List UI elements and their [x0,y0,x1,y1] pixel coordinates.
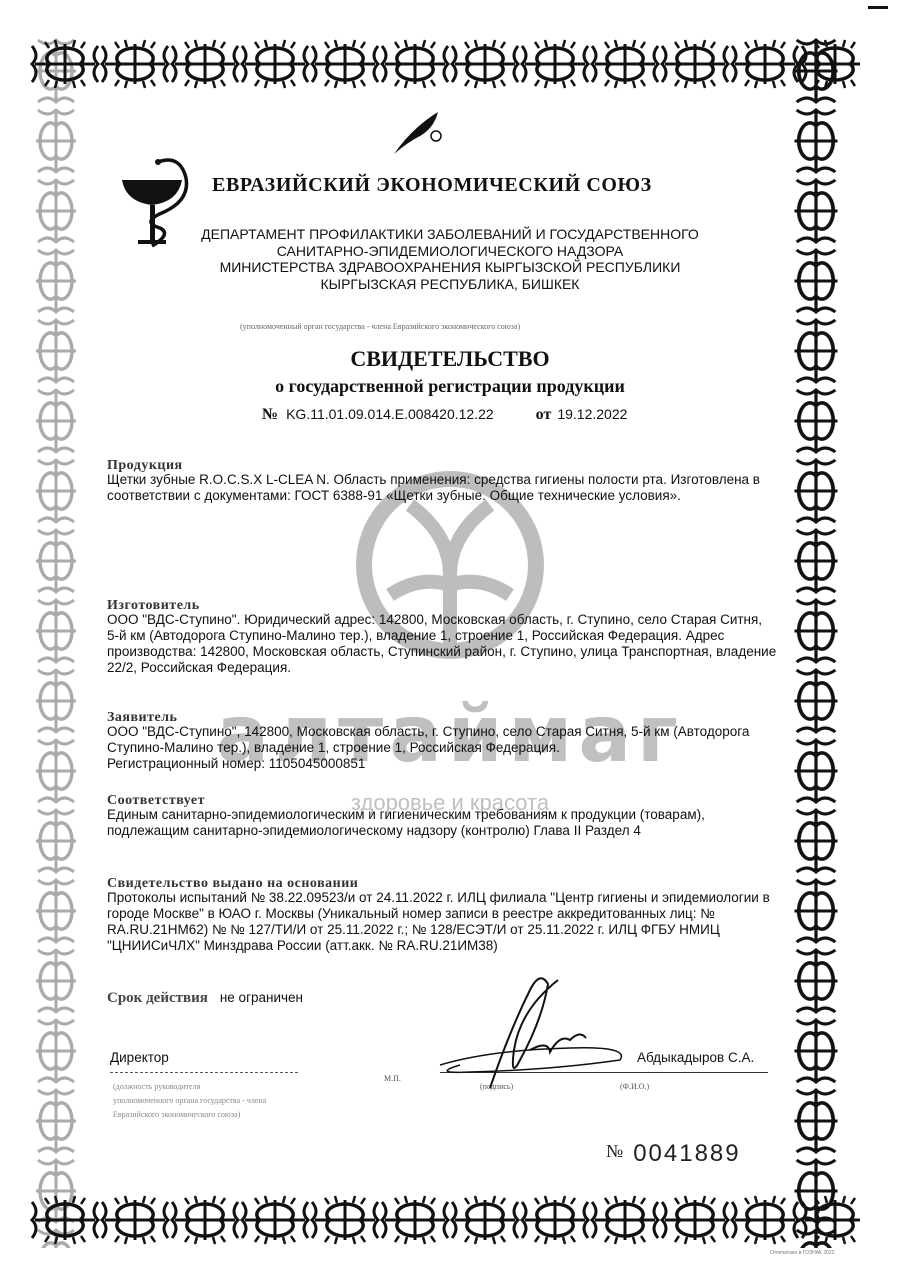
section-product: Продукция Щетки зубные R.O.C.S.X L-CLEA … [107,460,777,504]
stamp-label: М.П. [384,1074,401,1083]
date-label: от [536,406,552,423]
department-line: КЫРГЫЗСКАЯ РЕСПУБЛИКА, БИШКЕК [150,276,750,293]
ornamental-border-left [30,36,82,1248]
section-heading: Заявитель [107,712,777,724]
department-line: ДЕПАРТАМЕНТ ПРОФИЛАКТИКИ ЗАБОЛЕВАНИЙ И Г… [150,226,750,243]
registration-line: №KG.11.01.09.014.E.008420.12.22от19.12.2… [262,406,627,424]
validity-heading: Срок действия [107,990,208,1006]
serial-number: №0041889 [606,1140,741,1168]
section-basis: Свидетельство выдано на основании Проток… [107,878,777,954]
section-text: Щетки зубные R.O.C.S.X L-CLEA N. Область… [107,472,777,504]
section-text: Единым санитарно-эпидемиологическим и ги… [107,807,777,839]
bird-emblem-icon [390,108,450,158]
ornamental-border-right [788,36,844,1248]
footer-print: Отпечатано в ГОЗНАК 2022 [770,1250,834,1256]
section-text: ООО "ВДС-Ступино". Юридический адрес: 14… [107,612,777,676]
registration-date: 19.12.2022 [557,406,627,422]
section-heading: Изготовитель [107,600,777,612]
handwritten-signature-icon [430,970,690,1090]
certificate-subtitle: о государственной регистрации продукции [0,376,900,397]
certificate-title: СВИДЕТЕЛЬСТВО [0,346,900,372]
serial-label: № [606,1141,625,1161]
organization-name: ЕВРАЗИЙСКИЙ ЭКОНОМИЧЕСКИЙ СОЮЗ [212,174,652,197]
validity-row: Срок действияне ограничен [107,990,303,1007]
corner-mark [868,6,888,9]
number-label: № [262,406,278,423]
section-conformity: Соответствует Единым санитарно-эпидемиол… [107,795,777,839]
ornamental-border-bottom [30,1192,860,1248]
section-heading: Продукция [107,460,777,472]
section-manufacturer: Изготовитель ООО "ВДС-Ступино". Юридичес… [107,600,777,676]
director-position-note: (должность руководителя уполномоченного … [113,1080,266,1122]
section-heading: Соответствует [107,795,777,807]
director-underline [110,1072,298,1073]
registration-number: KG.11.01.09.014.E.008420.12.22 [286,406,494,422]
section-text: Протоколы испытаний № 38.22.09523/и от 2… [107,890,777,954]
applicant-reg-number: Регистрационный номер: 1105045000851 [107,756,777,772]
ornamental-border-top [30,36,860,92]
department-line: МИНИСТЕРСТВА ЗДРАВООХРАНЕНИЯ КЫРГЫЗСКОЙ … [150,259,750,276]
authority-note: (уполномоченный орган государства - член… [240,322,520,331]
serial-value: 0041889 [633,1140,740,1167]
department-block: ДЕПАРТАМЕНТ ПРОФИЛАКТИКИ ЗАБОЛЕВАНИЙ И Г… [150,226,750,292]
director-position: Директор [110,1050,169,1065]
section-applicant: Заявитель ООО "ВДС-Ступино", 142800, Мос… [107,712,777,772]
validity-value: не ограничен [220,990,303,1005]
signer-name: Абдыкадыров С.А. [637,1050,754,1065]
section-heading: Свидетельство выдано на основании [107,878,777,890]
department-line: САНИТАРНО-ЭПИДЕМИОЛОГИЧЕСКОГО НАДЗОРА [150,243,750,260]
section-text: ООО "ВДС-Ступино", 142800, Московская об… [107,724,777,756]
